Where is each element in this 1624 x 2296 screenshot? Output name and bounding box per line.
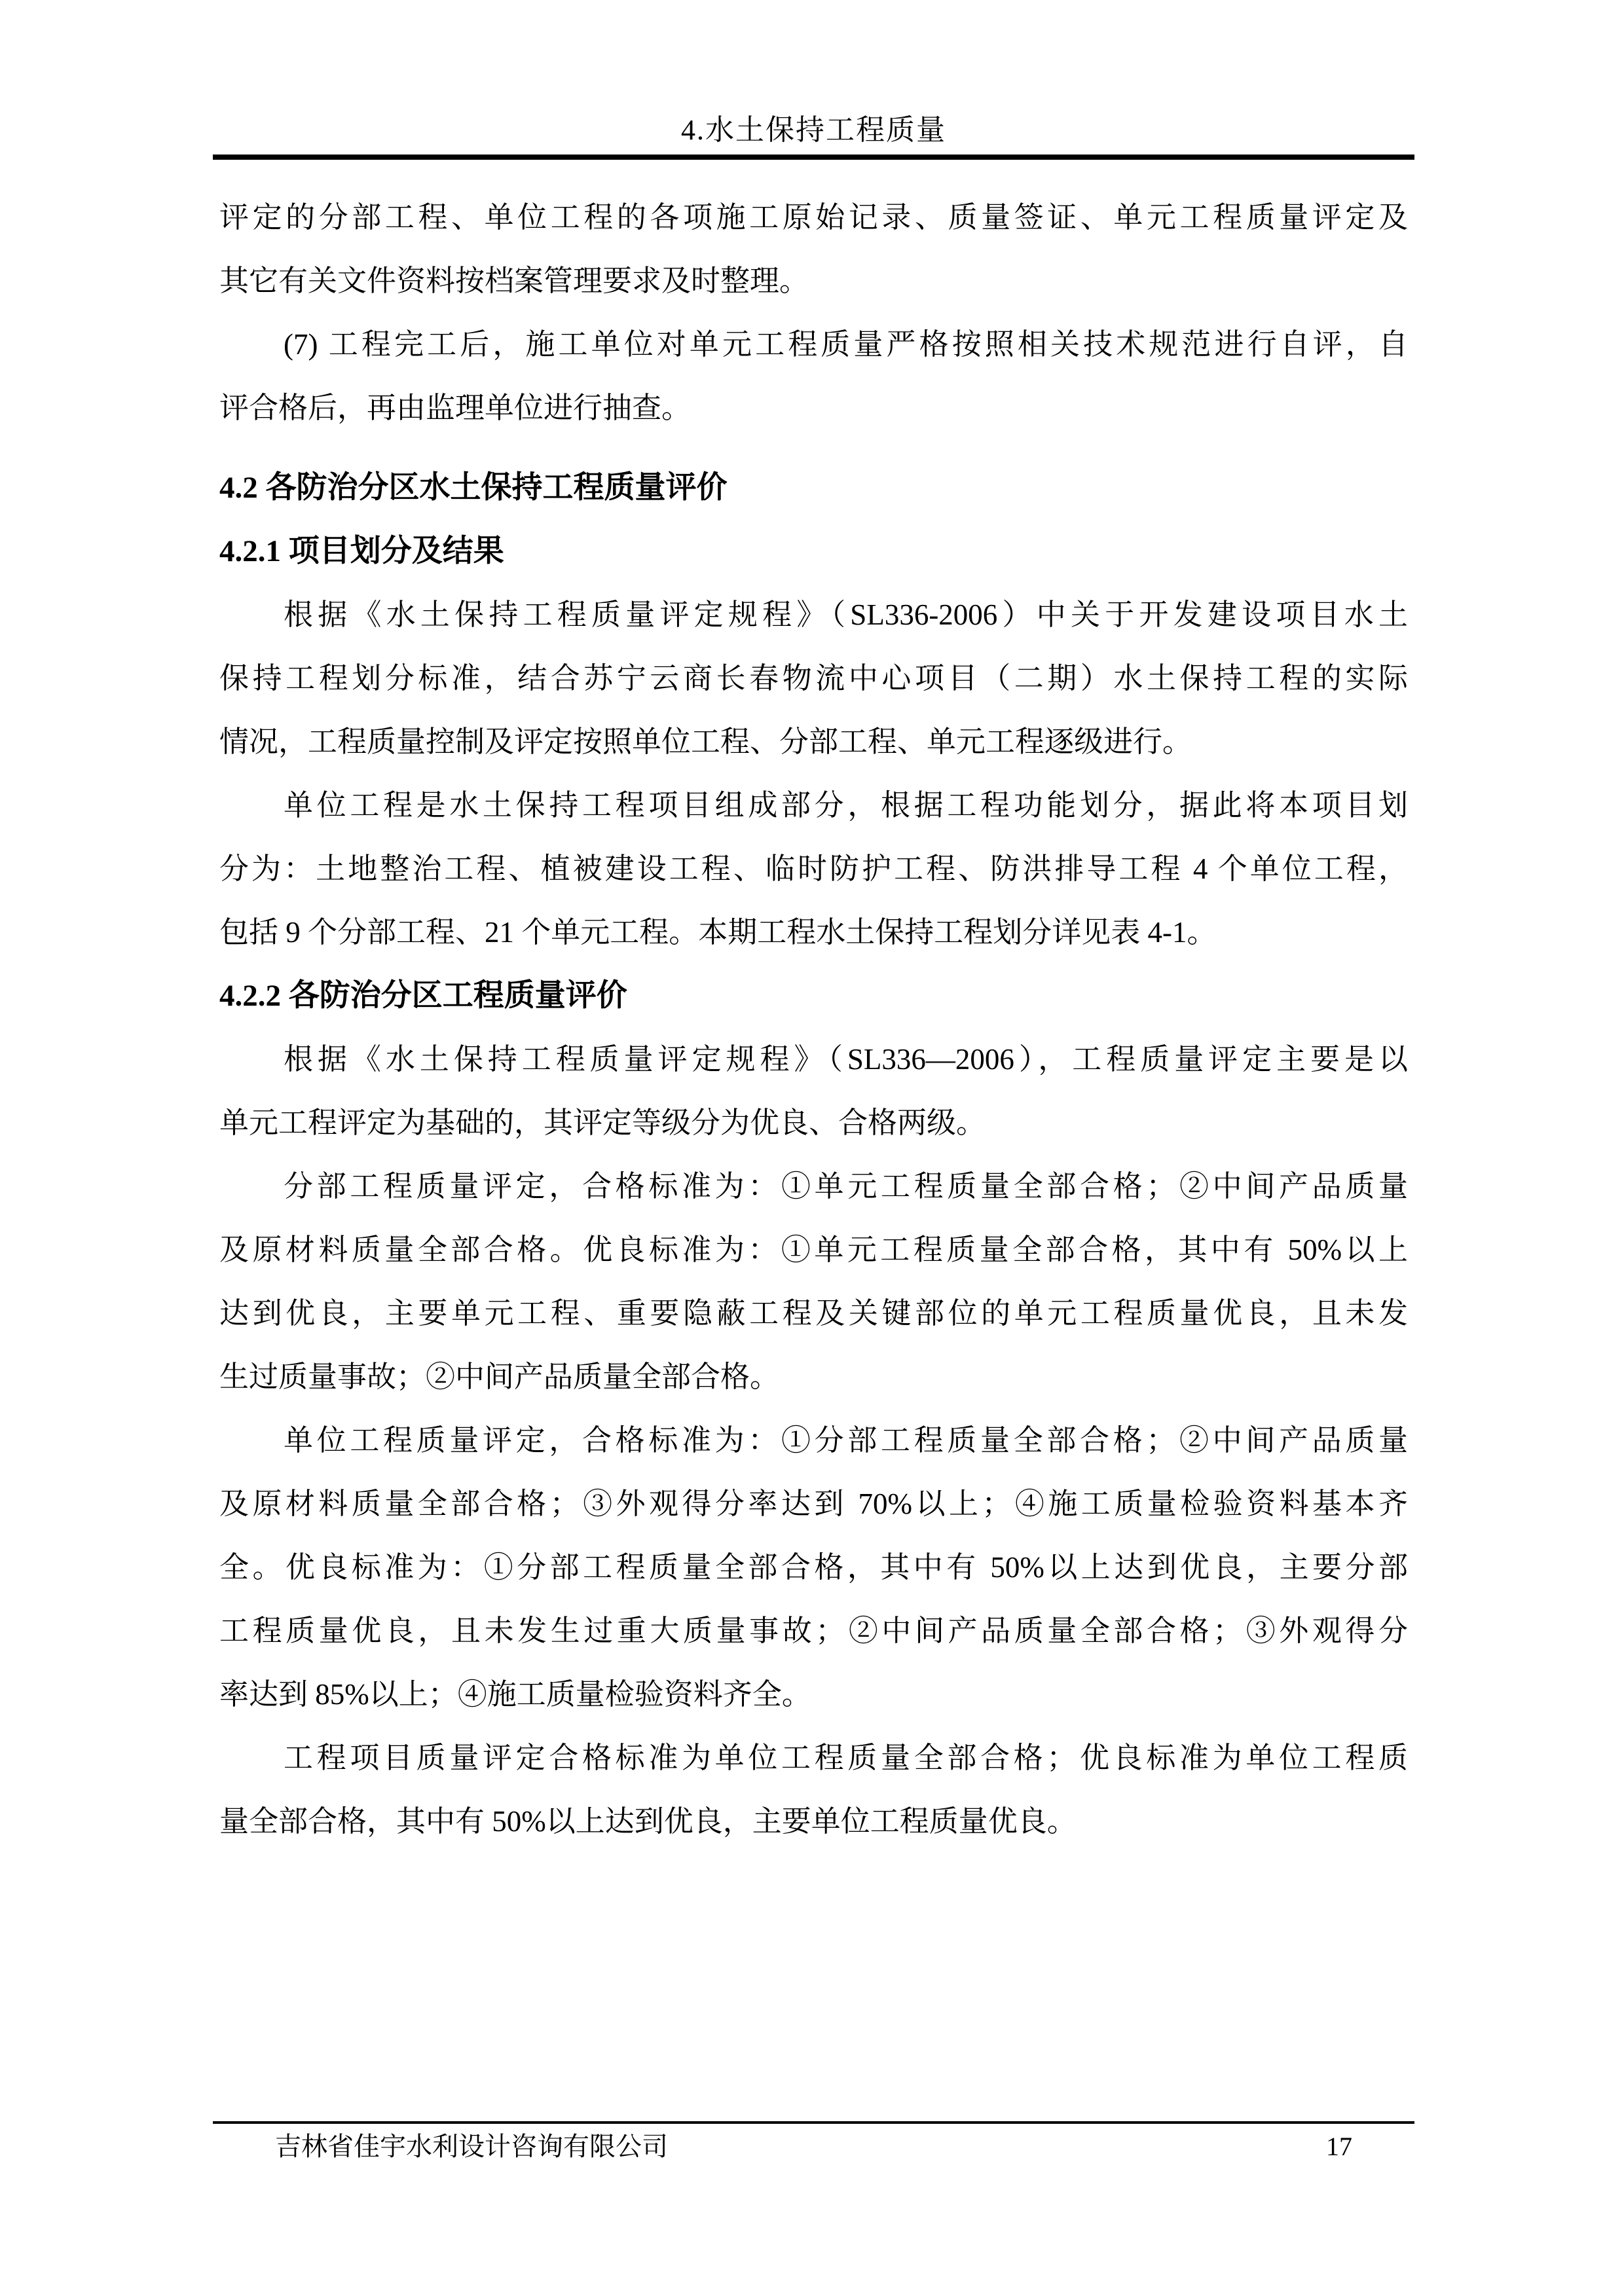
text-line: 达到优良，主要单元工程、重要隐蔽工程及关键部位的单元工程质量优良，且未发 [219, 1282, 1408, 1345]
footer-rule [213, 2121, 1414, 2124]
text-line: 根据《水土保持工程质量评定规程》（SL336—2006），工程质量评定主要是以 [219, 1028, 1408, 1091]
document-page: 4.水土保持工程质量 评定的分部工程、单位工程的各项施工原始记录、质量签证、单元… [0, 0, 1624, 2296]
page-footer: 吉林省佳宇水利设计咨询有限公司 17 [213, 2128, 1414, 2166]
text-line: 其它有关文件资料按档案管理要求及时整理。 [219, 249, 1408, 313]
section-heading-4-2-2: 4.2.2 各防治分区工程质量评价 [219, 964, 1408, 1028]
text-line: 保持工程划分标准，结合苏宁云商长春物流中心项目（二期）水土保持工程的实际 [219, 647, 1408, 710]
text-line: 情况，工程质量控制及评定按照单位工程、分部工程、单元工程逐级进行。 [219, 710, 1408, 774]
text-line: 根据《水土保持工程质量评定规程》（SL336-2006）中关于开发建设项目水土 [219, 583, 1408, 647]
document-body: 评定的分部工程、单位工程的各项施工原始记录、质量签证、单元工程质量评定及 其它有… [219, 186, 1408, 1853]
text-line: 评合格后，再由监理单位进行抽查。 [219, 376, 1408, 440]
text-line: 分为：土地整治工程、植被建设工程、临时防护工程、防洪排导工程 4 个单位工程， [219, 837, 1408, 901]
text-line: 量全部合格，其中有 50%以上达到优良，主要单位工程质量优良。 [219, 1790, 1408, 1853]
header-rule [213, 155, 1414, 160]
section-heading-4-2-1: 4.2.1 项目划分及结果 [219, 520, 1408, 583]
text-line: 工程项目质量评定合格标准为单位工程质量全部合格；优良标准为单位工程质 [219, 1726, 1408, 1790]
footer-company: 吉林省佳宇水利设计咨询有限公司 [275, 2128, 668, 2166]
text-line: 及原材料质量全部合格；③外观得分率达到 70%以上；④施工质量检验资料基本齐 [219, 1472, 1408, 1536]
text-line: 生过质量事故；②中间产品质量全部合格。 [219, 1345, 1408, 1409]
text-line: 全。优良标准为：①分部工程质量全部合格，其中有 50%以上达到优良，主要分部 [219, 1536, 1408, 1599]
text-line: 单位工程质量评定，合格标准为：①分部工程质量全部合格；②中间产品质量 [219, 1409, 1408, 1472]
text-line: 单元工程评定为基础的，其评定等级分为优良、合格两级。 [219, 1091, 1408, 1155]
text-line: 工程质量优良，且未发生过重大质量事故；②中间产品质量全部合格；③外观得分 [219, 1599, 1408, 1663]
footer-page-number: 17 [1326, 2128, 1352, 2166]
text-line: 评定的分部工程、单位工程的各项施工原始记录、质量签证、单元工程质量评定及 [219, 186, 1408, 249]
page-header-title: 4.水土保持工程质量 [213, 110, 1414, 151]
text-line: 分部工程质量评定，合格标准为：①单元工程质量全部合格；②中间产品质量 [219, 1155, 1408, 1218]
section-heading-4-2: 4.2 各防治分区水土保持工程质量评价 [219, 456, 1408, 520]
text-line: 及原材料质量全部合格。优良标准为：①单元工程质量全部合格，其中有 50%以上 [219, 1218, 1408, 1282]
text-line: 单位工程是水土保持工程项目组成部分，根据工程功能划分，据此将本项目划 [219, 774, 1408, 837]
text-line: 率达到 85%以上；④施工质量检验资料齐全。 [219, 1663, 1408, 1726]
text-line: (7) 工程完工后，施工单位对单元工程质量严格按照相关技术规范进行自评，自 [219, 313, 1408, 376]
text-line: 包括 9 个分部工程、21 个单元工程。本期工程水土保持工程划分详见表 4-1。 [219, 901, 1408, 964]
